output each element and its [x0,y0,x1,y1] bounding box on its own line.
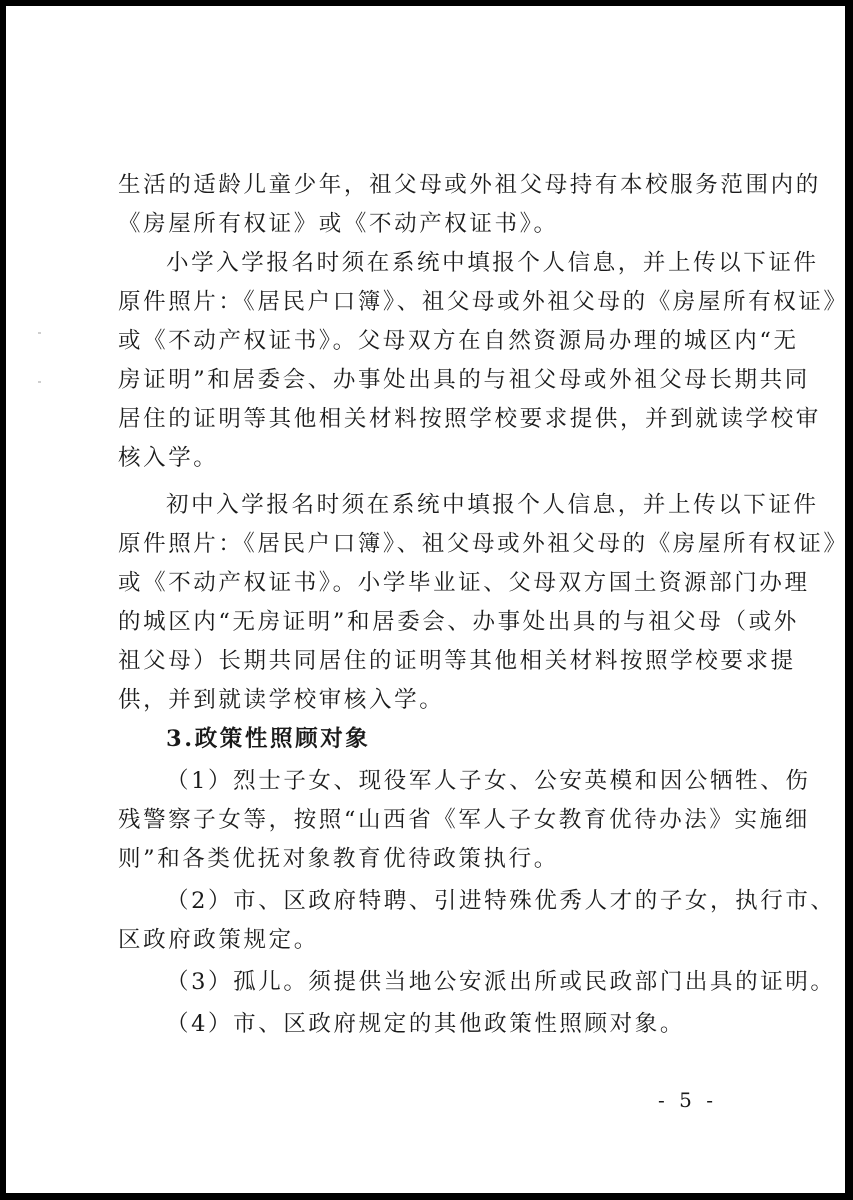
body-text-line: 生活的适龄儿童少年，祖父母或外祖父母持有本校服务范围内的 [118,166,743,205]
body-text-line: 《房屋所有权证》或《不动产权证书》。 [118,205,743,244]
list-item-2: （2）市、区政府特聘、引进特殊优秀人才的子女，执行市、 [166,882,743,921]
body-text-line: 或《不动产权证书》。小学毕业证、父母双方国土资源部门办理 [118,564,743,603]
body-text-line: 或《不动产权证书》。父母双方在自然资源局办理的城区内“无 [118,322,743,361]
list-item-1: （1）烈士子女、现役军人子女、公安英模和因公牺牲、伤 [166,762,743,801]
scan-speck [38,332,41,334]
body-text-line: 核入学。 [118,439,743,478]
body-text-line: 房证明”和居委会、办事处出具的与祖父母或外祖父母长期共同 [118,361,743,400]
body-text-line: 则”和各类优抚对象教育优待政策执行。 [118,840,743,879]
body-text-line: 祖父母）长期共同居住的证明等其他相关材料按照学校要求提 [118,642,743,681]
list-item-4: （4）市、区政府规定的其他政策性照顾对象。 [166,1005,743,1044]
page-number: - 5 - [658,1088,717,1112]
section-heading-policy-care: 3.政策性照顾对象 [166,720,743,759]
body-text-line: 区政府政策规定。 [118,921,743,960]
body-text-line: 原件照片：《居民户口簿》、祖父母或外祖父母的《房屋所有权证》 [118,283,743,322]
body-text-line: 居住的证明等其他相关材料按照学校要求提供，并到就读学校审 [118,400,743,439]
list-item-3: （3）孤儿。须提供当地公安派出所或民政部门出具的证明。 [166,963,743,1002]
body-text-line: 原件照片：《居民户口簿》、祖父母或外祖父母的《房屋所有权证》 [118,525,743,564]
scan-speck [38,381,41,383]
body-text-line: 供，并到就读学校审核入学。 [118,681,743,720]
body-text-line: 残警察子女等，按照“山西省《军人子女教育优待办法》实施细 [118,801,743,840]
paragraph-primary-school-start: 小学入学报名时须在系统中填报个人信息，并上传以下证件 [166,244,743,283]
paragraph-middle-school-start: 初中入学报名时须在系统中填报个人信息，并上传以下证件 [166,486,743,525]
body-text-line: 的城区内“无房证明”和居委会、办事处出具的与祖父母（或外 [118,603,743,642]
document-page: 生活的适龄儿童少年，祖父母或外祖父母持有本校服务范围内的 《房屋所有权证》或《不… [6,6,845,1193]
